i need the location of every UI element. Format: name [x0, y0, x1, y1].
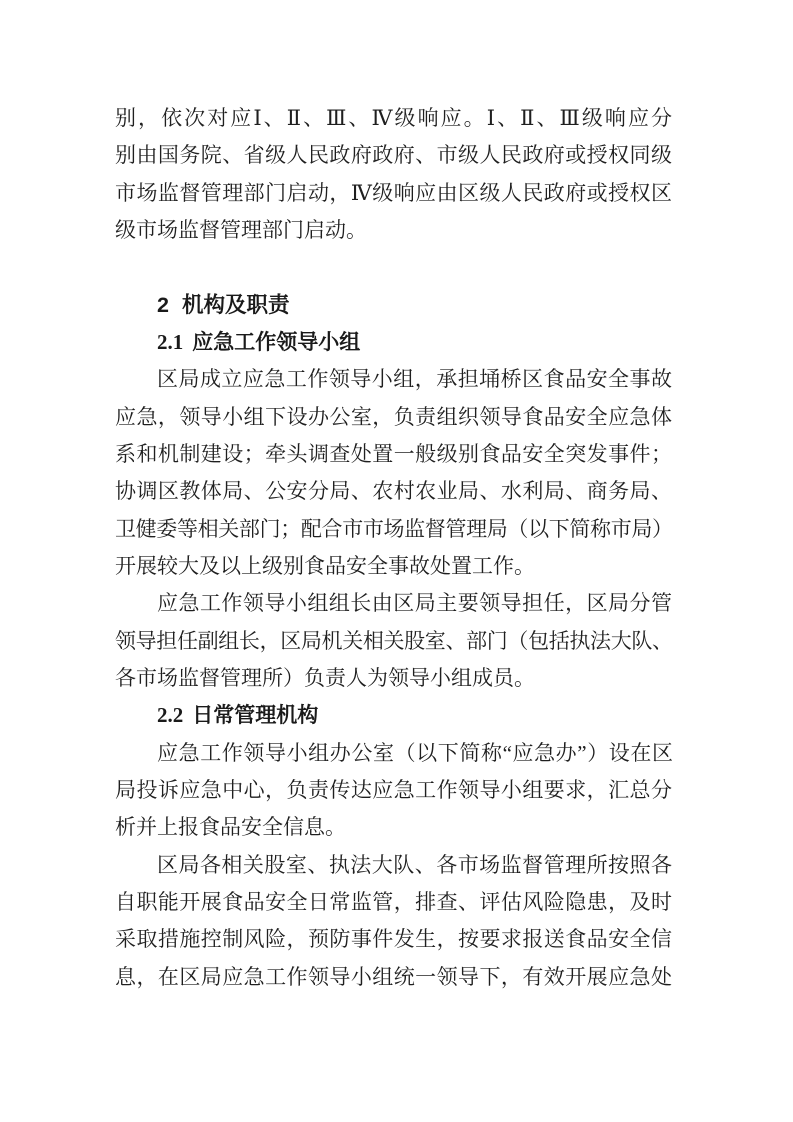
subsection-heading: 2.2日常管理机构: [115, 697, 672, 734]
paragraph: 应急工作领导小组办公室（以下简称“应急办”）设在区 局投诉应急中心，负责传达应急…: [115, 735, 672, 847]
text-line: 区局成立应急工作领导小组，承担埇桥区食品安全事故: [115, 361, 672, 398]
text-line: 卫健委等相关部门；配合市市场监督管理局（以下简称市局）: [115, 511, 672, 548]
text-line: 别，依次对应Ⅰ、Ⅱ、Ⅲ、Ⅳ级响应。Ⅰ、Ⅱ、Ⅲ级响应分: [115, 100, 672, 137]
text-line: 协调区教体局、公安分局、农村农业局、水利局、商务局、: [115, 473, 672, 510]
text-line: 应急工作领导小组组长由区局主要领导担任，区局分管: [115, 585, 672, 622]
heading-number: 2.2: [157, 703, 183, 727]
text-line: 别由国务院、省级人民政府政府、市级人民政府或授权同级: [115, 137, 672, 174]
text-line: 应急工作领导小组办公室（以下简称“应急办”）设在区: [115, 735, 672, 772]
text-line: 自职能开展食品安全日常监管，排查、评估风险隐患，及时: [115, 884, 672, 921]
text-line: 级市场监督管理部门启动。: [115, 212, 672, 249]
heading-number: 2: [157, 293, 169, 317]
paragraph: 别，依次对应Ⅰ、Ⅱ、Ⅲ、Ⅳ级响应。Ⅰ、Ⅱ、Ⅲ级响应分 别由国务院、省级人民政府政…: [115, 100, 672, 249]
text-line: 区局各相关股室、执法大队、各市场监督管理所按照各: [115, 847, 672, 884]
text-line: 析并上报食品安全信息。: [115, 809, 672, 846]
paragraph: 应急工作领导小组组长由区局主要领导担任，区局分管 领导担任副组长，区局机关相关股…: [115, 585, 672, 697]
heading-title: 日常管理机构: [192, 703, 318, 727]
text-line: 领导担任副组长，区局机关相关股室、部门（包括执法大队、: [115, 623, 672, 660]
paragraph: 区局各相关股室、执法大队、各市场监督管理所按照各 自职能开展食品安全日常监管，排…: [115, 847, 672, 996]
text-line: 系和机制建设；牵头调查处置一般级别食品安全突发事件；: [115, 436, 672, 473]
text-line: 采取措施控制风险，预防事件发生，按要求报送食品安全信: [115, 921, 672, 958]
heading-number: 2.1: [157, 330, 183, 354]
paragraph: 区局成立应急工作领导小组，承担埇桥区食品安全事故 应急，领导小组下设办公室，负责…: [115, 361, 672, 585]
subsection-heading: 2.1应急工作领导小组: [115, 324, 672, 361]
text-line: 开展较大及以上级别食品安全事故处置工作。: [115, 548, 672, 585]
text-line: 各市场监督管理所）负责人为领导小组成员。: [115, 660, 672, 697]
document-page: 别，依次对应Ⅰ、Ⅱ、Ⅲ、Ⅳ级响应。Ⅰ、Ⅱ、Ⅲ级响应分 别由国务院、省级人民政府政…: [0, 0, 793, 1122]
heading-title: 机构及职责: [182, 293, 290, 317]
heading-title: 应急工作领导小组: [192, 330, 360, 354]
page-content: 别，依次对应Ⅰ、Ⅱ、Ⅲ、Ⅳ级响应。Ⅰ、Ⅱ、Ⅲ级响应分 别由国务院、省级人民政府政…: [115, 100, 672, 996]
text-line: 息，在区局应急工作领导小组统一领导下，有效开展应急处: [115, 959, 672, 996]
text-line: 局投诉应急中心，负责传达应急工作领导小组要求，汇总分: [115, 772, 672, 809]
section-heading: 2机构及职责: [115, 287, 672, 324]
text-line: 应急，领导小组下设办公室，负责组织领导食品安全应急体: [115, 399, 672, 436]
text-line: 市场监督管理部门启动，Ⅳ级响应由区级人民政府或授权区: [115, 175, 672, 212]
